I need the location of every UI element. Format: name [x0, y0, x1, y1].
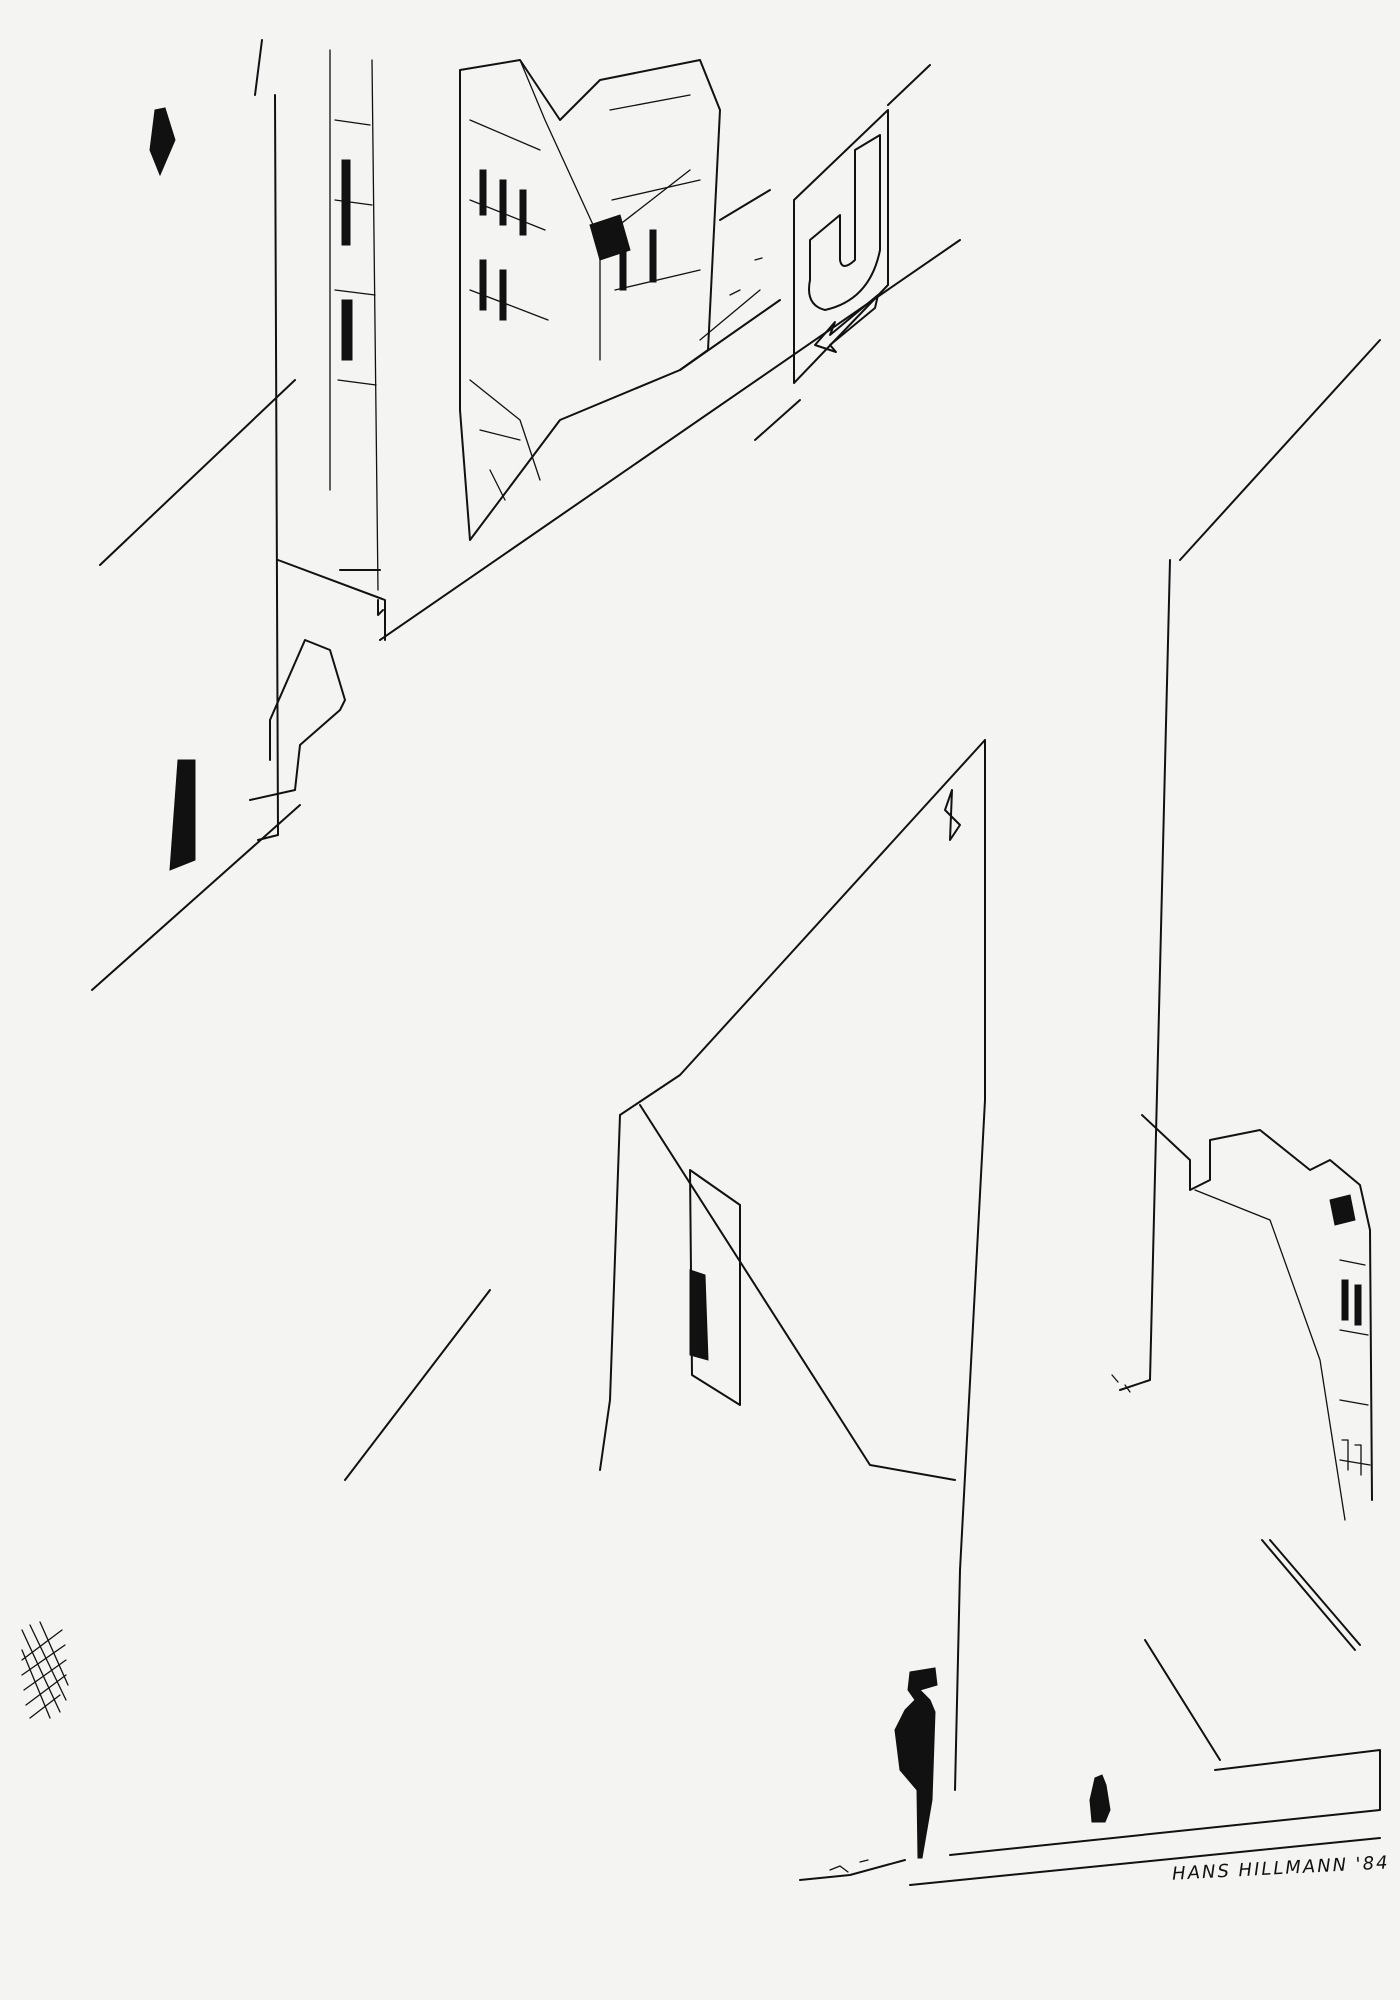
ground-marks [830, 1375, 1130, 1872]
street-lines [92, 240, 1380, 1885]
drawing-canvas [0, 0, 1400, 2000]
lower-right-buildings [1142, 1115, 1372, 1520]
man-figure [895, 1668, 937, 1858]
subway-u-sign [755, 65, 930, 440]
crosshatch-patch [22, 1622, 68, 1718]
child-figure [1090, 1775, 1110, 1822]
upper-left-building [100, 40, 385, 870]
corner-building [460, 60, 780, 540]
